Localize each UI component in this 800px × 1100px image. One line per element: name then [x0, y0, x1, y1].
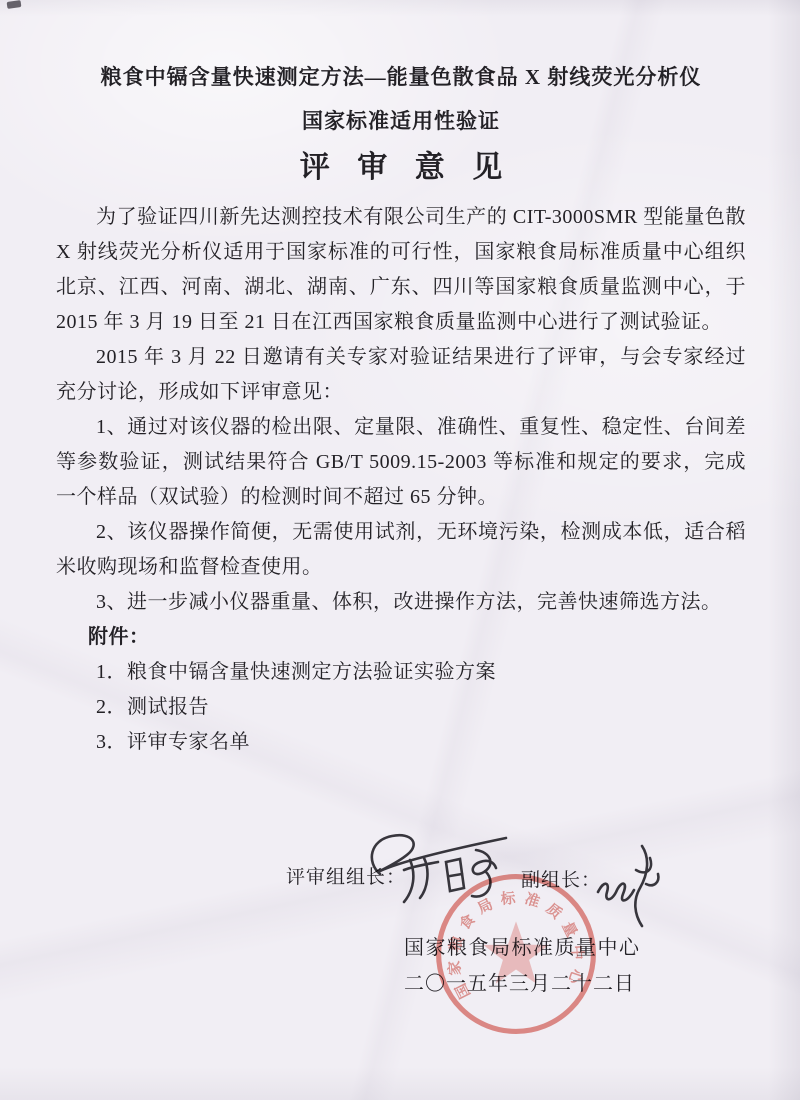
paragraph-2: 2015 年 3 月 22 日邀请有关专家对验证结果进行了评审，与会专家经过充分… [56, 340, 746, 410]
paragraph-5: 3、进一步减小仪器重量、体积，改进操作方法，完善快速筛选方法。 [56, 585, 746, 620]
document-body: 为了验证四川新先达测控技术有限公司生产的 CIT-3000SMR 型能量色散 X… [56, 200, 746, 760]
document-content: 粮食中镉含量快速测定方法—能量色散食品 X 射线荧光分析仪 国家标准适用性验证 … [56, 62, 746, 760]
scan-artifact-mark [7, 0, 22, 9]
paragraph-1: 为了验证四川新先达测控技术有限公司生产的 CIT-3000SMR 型能量色散 X… [56, 200, 746, 340]
official-seal-stamp: 国家粮食局标准质量中心 [430, 868, 602, 1040]
deputy-signature [590, 840, 676, 932]
scanned-document-page: 粮食中镉含量快速测定方法—能量色散食品 X 射线荧光分析仪 国家标准适用性验证 … [0, 0, 800, 1100]
document-heading: 评 审 意 见 [56, 150, 746, 186]
seal-star-icon [483, 921, 548, 983]
attachment-item-3: 3．评审专家名单 [56, 725, 746, 760]
document-title-line1: 粮食中镉含量快速测定方法—能量色散食品 X 射线荧光分析仪 [56, 62, 746, 93]
attachment-item-1: 1．粮食中镉含量快速测定方法验证实验方案 [56, 655, 746, 690]
document-title-line2: 国家标准适用性验证 [56, 106, 746, 137]
attachment-item-2: 2．测试报告 [56, 690, 746, 725]
paragraph-4: 2、该仪器操作简便，无需使用试剂，无环境污染，检测成本低，适合稻米收购现场和监督… [56, 515, 746, 585]
paragraph-3: 1、通过对该仪器的检出限、定量限、准确性、重复性、稳定性、台间差等参数验证，测试… [56, 410, 746, 515]
signature-row: 评审组组长： 副组长： [0, 838, 800, 958]
attachments-label: 附件： [56, 620, 746, 655]
